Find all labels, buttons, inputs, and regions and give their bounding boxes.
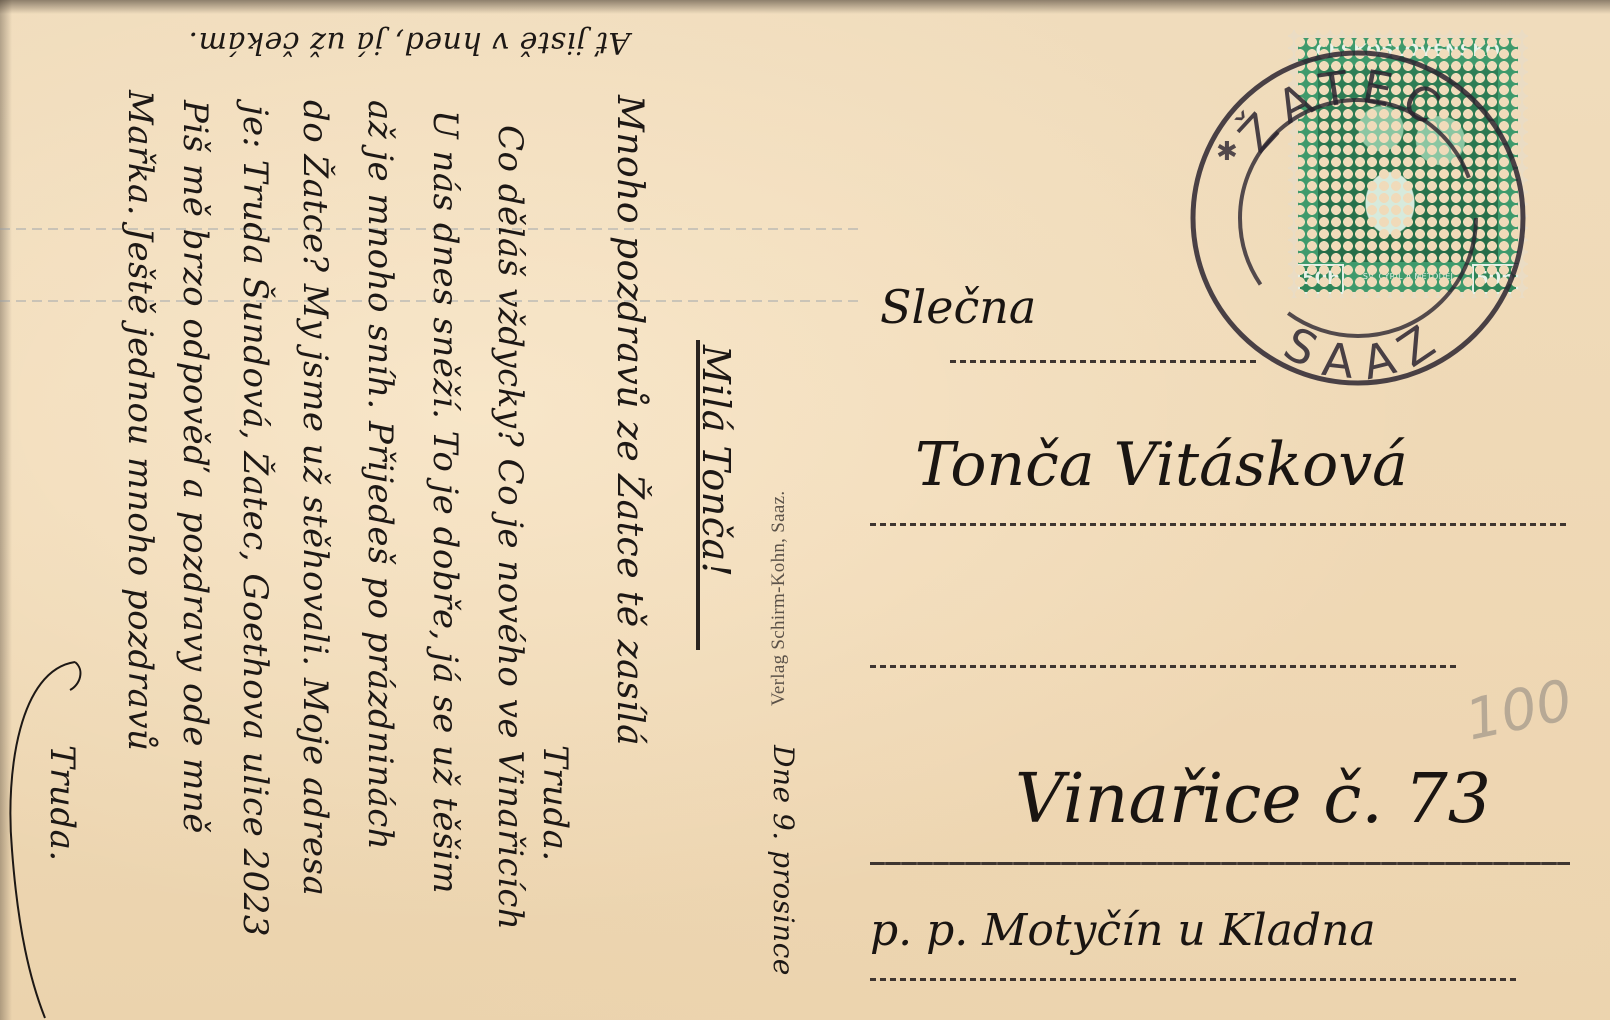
postmark-town-top: ŽATEC: [1228, 59, 1458, 163]
address-street: Vinařice č. 73: [1015, 760, 1491, 839]
address-dotted-line: [870, 862, 1570, 865]
postmark-cancellation: ŽATEC SAAZ ✱: [1188, 48, 1528, 388]
message-line: Mařka. Ještě jednou mnoho pozdravů: [120, 90, 160, 751]
address-dotted-line: [870, 978, 1520, 981]
signature-flourish: [0, 650, 120, 1020]
svg-text:✱: ✱: [1216, 137, 1238, 167]
address-salutation: Slečna: [880, 280, 1036, 334]
message-opening: Mnoho pozdravů ze Žatce tě zasílá: [609, 95, 650, 746]
message-line: Piš mě brzo odpověď a pozdravy ode mně: [175, 100, 215, 834]
message-date: Dne 9. prosince: [767, 745, 800, 976]
message-line: je: Truda Šundová, Žatec, Goethova ulice…: [235, 105, 275, 937]
message-line: U nás dnes sněží. To je dobře, já se už …: [425, 110, 465, 894]
postmark-town-bottom: SAAZ: [1276, 307, 1456, 388]
publisher-imprint: Verlag Schirm-Kohn, Saaz.: [768, 491, 790, 706]
address-post-office: p. p. Motyčín u Kladna: [870, 905, 1376, 956]
svg-text:ŽATEC: ŽATEC: [1228, 59, 1458, 163]
message-line: až je mnoho sníh. Přijedeš po prázdninác…: [360, 100, 400, 850]
scan-edge-top: [0, 0, 1610, 14]
message-greeting: Milá Tonča!: [694, 345, 738, 577]
address-dotted-line: [870, 665, 1460, 668]
address-name: Tonča Vitásková: [915, 430, 1408, 500]
svg-text:SAAZ: SAAZ: [1276, 307, 1456, 388]
address-dotted-line: [950, 360, 1260, 363]
pencil-price-note: 100: [1460, 668, 1578, 754]
message-line: Co děláš vždycky? Co je nového ve Vinaři…: [490, 125, 530, 930]
greeting-underline: [696, 340, 700, 650]
address-dotted-line: [870, 523, 1570, 526]
message-signature-top: Truda.: [535, 745, 575, 862]
message-line: do Žatce? My jsme už stěhovali. Moje adr…: [295, 100, 335, 896]
message-upside-down-line: Ať jistě v hned, já už čekám.: [188, 25, 630, 60]
postcard: Ať jistě v hned, já už čekám. Dne 9. pro…: [0, 0, 1610, 1020]
